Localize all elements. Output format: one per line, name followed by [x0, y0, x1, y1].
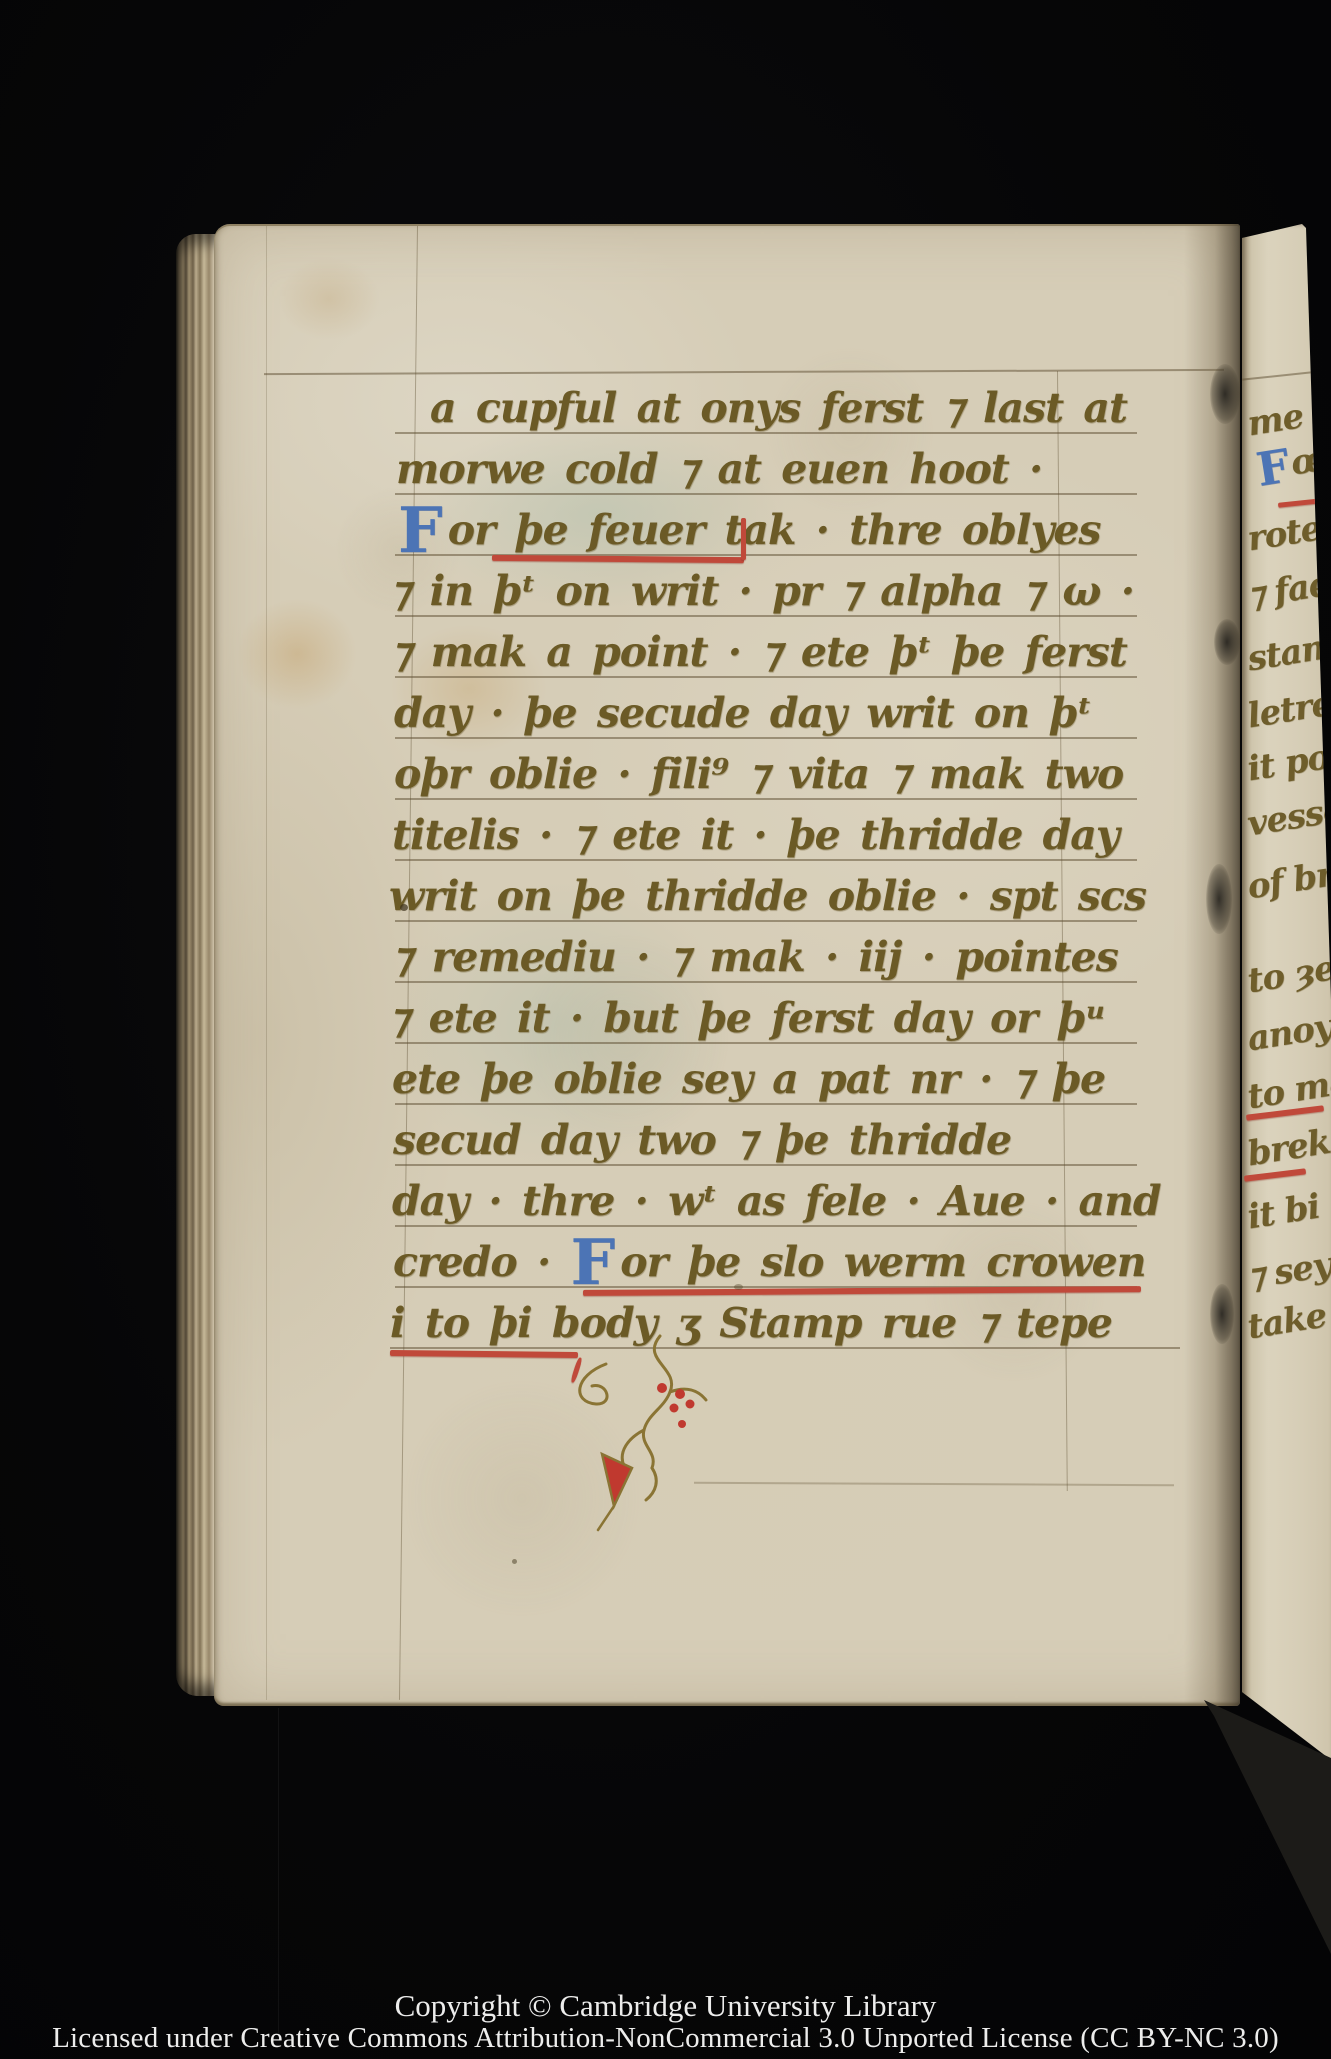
facing-page-line: ⁊ fael seþ — [1242, 551, 1331, 617]
ruled-line — [395, 1042, 1137, 1044]
manuscript-line: writ on þe thridde oblie · spt scs — [389, 872, 1146, 920]
ruled-line — [395, 798, 1137, 800]
manuscript-line: ⁊ mak a point · ⁊ ete þᵗ þe ferst — [391, 628, 1127, 676]
manuscript-line: day · thre · wᵗ as fele · Aue · and — [392, 1177, 1161, 1225]
ruled-line — [395, 981, 1137, 983]
illuminated-initial: F — [1255, 451, 1290, 485]
ruled-line — [395, 920, 1137, 922]
ruled-line — [395, 1164, 1137, 1166]
facing-page-line: Fœ — [1254, 439, 1328, 489]
illuminated-initial: F — [571, 1247, 614, 1277]
license-line: Licensed under Creative Commons Attribut… — [0, 2022, 1331, 2055]
ruled-line — [395, 432, 1137, 434]
facing-page-line: stamp ⁊ t — [1242, 614, 1331, 680]
manuscript-line: For þe feuer tak · thre oblyes — [398, 506, 1101, 554]
manuscript-line: a cupful at onys ferst ⁊ last at — [430, 384, 1127, 432]
gutter-smudge — [1210, 364, 1240, 424]
manuscript-line: ⁊ in þᵗ on writ · pr ⁊ alpha ⁊ ω · — [390, 567, 1134, 615]
brown-stain — [274, 254, 384, 344]
ruled-line — [395, 859, 1137, 861]
ruled-line — [1242, 369, 1331, 380]
manuscript-line: day · þe secude day writ on þᵗ — [394, 689, 1091, 737]
ruled-line — [395, 1103, 1137, 1105]
copyright-line: Copyright © Cambridge University Library — [0, 1988, 1331, 2024]
gutter-shadow — [1184, 224, 1240, 1706]
illuminated-initial: F — [398, 515, 441, 545]
ink-speck — [512, 1559, 517, 1564]
manuscript-line: ete þe oblie sey a pat nr · ⁊ þe — [392, 1055, 1105, 1103]
manuscript-line: secud day two ⁊ þe thridde — [393, 1116, 1011, 1164]
ruled-line — [395, 615, 1137, 617]
facing-page-line: it poek — [1242, 730, 1331, 790]
facing-page-line: me ⁊ d — [1242, 387, 1331, 445]
manuscript-line: ⁊ remediu · ⁊ mak · iij · pointes — [392, 933, 1118, 981]
ruled-line — [264, 369, 1224, 375]
ruled-line — [395, 737, 1137, 739]
facing-page-line: to ȝes — [1242, 945, 1331, 1002]
gutter-smudge — [1210, 1284, 1234, 1344]
ink-speck — [734, 1284, 743, 1290]
facing-page-line: anoynt — [1242, 1001, 1331, 1060]
manuscript-line: morwe cold ⁊ at euen hoot · — [396, 445, 1042, 493]
ink-speck — [400, 904, 408, 911]
manuscript-line: ⁊ ete it · but þe ferst day or þᵘ — [389, 994, 1105, 1042]
ruled-line — [395, 493, 1137, 495]
gutter-smudge — [1214, 619, 1240, 665]
manuscript-line: oþr oblie · fili⁹ ⁊ vita ⁊ mak two — [394, 750, 1123, 798]
facing-page-line: letre þ it — [1242, 672, 1331, 737]
vine-flourish-decoration — [540, 1334, 770, 1534]
facing-page-line: ⁊ sey þ to — [1242, 1232, 1331, 1298]
facing-page-line: rotes ⁊ — [1242, 501, 1331, 560]
manuscript-line: titelis · ⁊ ete it · þe thridde day — [392, 811, 1119, 859]
fold-line — [266, 226, 267, 1700]
ruled-line — [395, 1225, 1137, 1227]
gutter-smudge — [1206, 864, 1232, 934]
rubric-underline-tick — [741, 518, 746, 560]
ruled-line — [395, 676, 1137, 678]
ruled-line — [390, 1347, 1180, 1349]
facing-page-line: of bruf — [1242, 849, 1331, 908]
facing-page-line: vessel ⁊ — [1242, 784, 1331, 845]
manuscript-page: a cupful at onys ferst ⁊ last at morwe c… — [214, 224, 1240, 1706]
facing-page-line: it bi þe fe — [1242, 1171, 1331, 1238]
rubric-underline — [1278, 497, 1331, 508]
facing-page-sliver: me ⁊ d Fœ rotes ⁊ ⁊ fael seþ stamp ⁊ t l… — [1242, 224, 1331, 1764]
manuscript-photo-canvas: a cupful at onys ferst ⁊ last at morwe c… — [0, 0, 1331, 2059]
brown-stain — [232, 594, 362, 714]
manuscript-line: credo · For þe slo werm crowen — [393, 1238, 1146, 1286]
